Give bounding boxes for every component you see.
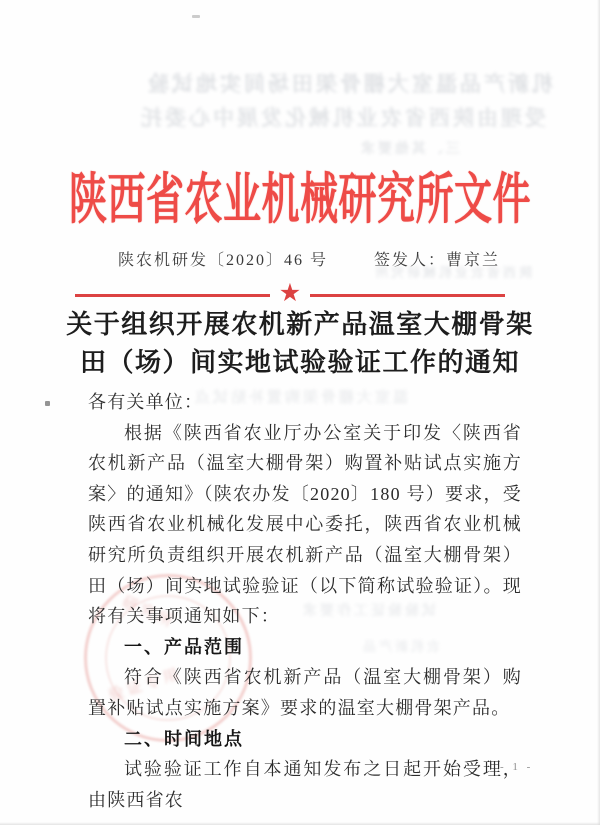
section-paragraph-1: 符合《陕西省农机新产品（温室大棚骨架）购置补贴试点实施方案》要求的温室大棚骨架产… xyxy=(88,662,522,723)
scan-speck xyxy=(45,401,50,406)
page-number: - 1 - xyxy=(500,761,533,773)
document-number-row: 陕农机研发〔2020〕46 号 签发人：曹京兰 xyxy=(118,247,500,270)
section-heading-2: 二、时间地点 xyxy=(88,724,522,755)
divider-line-left xyxy=(75,294,270,297)
document-title: 关于组织开展农机新产品温室大棚骨架 田（场）间实地试验验证工作的通知 xyxy=(40,306,560,382)
document-number: 陕农机研发〔2020〕46 号 xyxy=(118,247,328,270)
scanned-document-page: 机新产品温室大棚骨架田场间实地试验 受理由陕西省农业机械化发展中心委托 三、其他… xyxy=(0,0,600,825)
document-title-line2: 田（场）间实地试验验证工作的通知 xyxy=(40,344,560,382)
star-icon: ★ xyxy=(279,281,301,306)
letterhead-org-title: 陕西省农业机械研究所文件 xyxy=(0,154,600,234)
document-body: 各有关单位： 根据《陕西省农业厅办公室关于印发〈陕西省农机新产品（温室大棚骨架）… xyxy=(88,387,522,815)
signer: 签发人：曹京兰 xyxy=(374,247,500,270)
salutation: 各有关单位： xyxy=(88,387,522,418)
bleed-through-text: 受理由陕西省农业机械化发展中心委托 xyxy=(138,102,546,132)
bleed-through-text: 机新产品温室大棚骨架田场间实地试验 xyxy=(145,68,553,98)
document-title-line1: 关于组织开展农机新产品温室大棚骨架 xyxy=(40,306,560,344)
divider-line-right xyxy=(310,294,505,297)
section-heading-1: 一、产品范围 xyxy=(88,632,522,663)
section-paragraph-2: 试验验证工作自本通知发布之日起开始受理，由陕西省农 xyxy=(88,754,522,815)
intro-paragraph: 根据《陕西省农业厅办公室关于印发〈陕西省农机新产品（温室大棚骨架）购置补贴试点实… xyxy=(88,418,522,632)
letterhead-divider: ★ xyxy=(75,282,505,308)
scan-speck xyxy=(192,15,200,18)
